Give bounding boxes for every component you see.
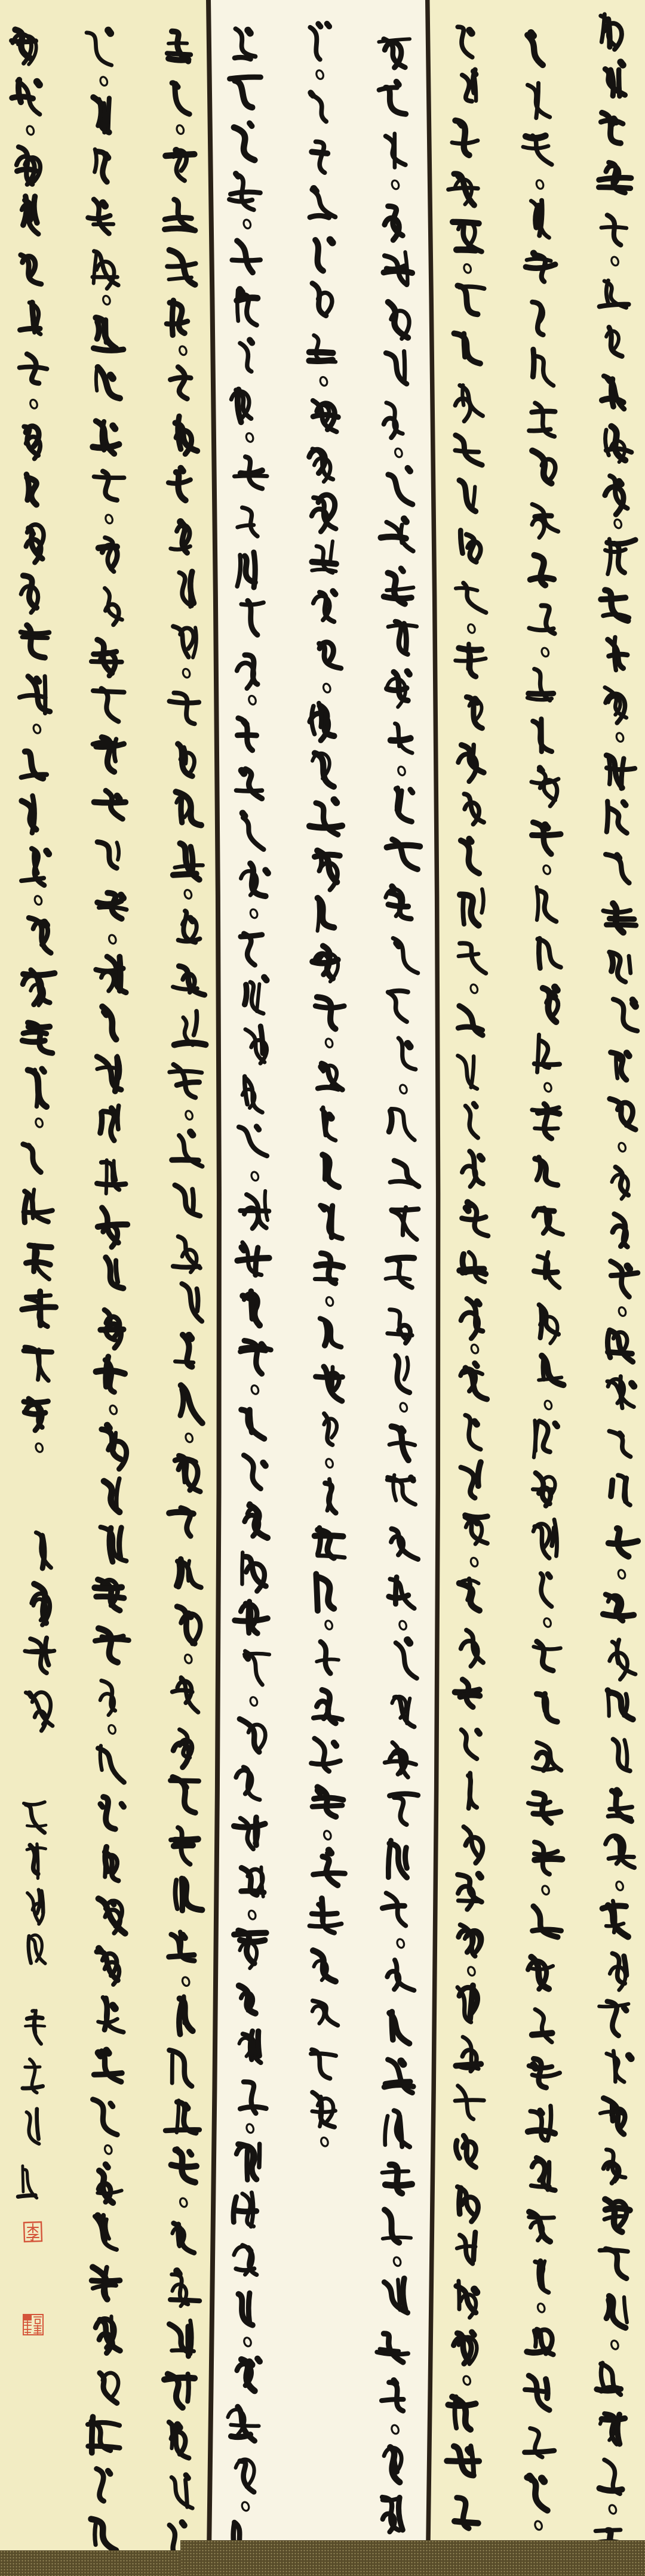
character-glyph <box>238 718 257 750</box>
character-glyph <box>182 1284 202 1321</box>
character-glyph <box>310 24 329 60</box>
punctuation-circle-mark <box>182 668 191 679</box>
character-glyph <box>387 1475 415 1504</box>
character-glyph <box>530 555 554 585</box>
character-glyph <box>535 1035 560 1072</box>
punctuation-circle-mark <box>391 2424 400 2435</box>
character-glyph <box>383 1893 406 1926</box>
character-glyph <box>22 1291 56 1327</box>
character-glyph <box>457 286 484 315</box>
character-glyph <box>463 1827 483 1863</box>
punctuation-circle-mark <box>26 125 35 136</box>
character-glyph <box>23 970 54 1006</box>
character-glyph <box>318 1063 342 1090</box>
character-glyph <box>173 2223 194 2253</box>
character-glyph <box>230 77 261 107</box>
character-glyph <box>309 336 336 362</box>
character-glyph <box>535 1158 558 1186</box>
character-glyph <box>24 426 40 459</box>
character-glyph <box>242 1553 266 1592</box>
character-glyph <box>240 1341 271 1374</box>
punctuation-circle-mark <box>32 724 41 734</box>
punctuation-circle-mark <box>319 376 328 387</box>
character-glyph <box>528 1957 553 1989</box>
character-glyph <box>171 1827 198 1864</box>
character-glyph <box>382 2380 404 2411</box>
character-glyph <box>245 1026 267 1063</box>
punctuation-circle-mark <box>610 256 619 267</box>
character-glyph <box>312 753 334 787</box>
character-glyph <box>389 2012 409 2043</box>
character-glyph <box>173 1678 198 1712</box>
character-glyph <box>384 403 403 438</box>
character-glyph <box>228 2407 259 2441</box>
character-glyph <box>447 2446 479 2475</box>
character-glyph <box>24 1190 53 1223</box>
character-glyph <box>379 39 410 67</box>
character-glyph <box>527 33 543 65</box>
punctuation-circle-mark <box>241 2501 250 2512</box>
character-glyph <box>92 2267 120 2300</box>
calligraphy-strokes <box>433 15 493 2536</box>
character-glyph <box>94 318 124 350</box>
character-glyph <box>26 1692 53 1731</box>
punctuation-circle-mark <box>324 1038 333 1048</box>
character-glyph <box>100 1681 115 1715</box>
character-glyph <box>21 796 36 833</box>
character-glyph <box>384 2060 413 2093</box>
character-glyph <box>93 737 124 772</box>
middle-panel-column-1: 巖穴暝。晦明變化者。山間之朝暮也。野芳發而幽香。佳木秀而繁陰。風霜高潔。水落而石… <box>362 26 422 2538</box>
character-glyph <box>104 1479 119 1512</box>
character-glyph <box>179 1996 193 2034</box>
character-glyph <box>452 121 478 155</box>
character-glyph <box>242 813 263 850</box>
punctuation-circle-mark <box>324 1620 333 1630</box>
punctuation-circle-mark <box>250 1171 259 1181</box>
character-glyph <box>236 2460 254 2492</box>
character-glyph <box>315 1253 342 1283</box>
character-glyph <box>386 134 406 168</box>
character-glyph <box>170 693 199 724</box>
character-glyph <box>241 934 262 965</box>
character-glyph <box>94 149 107 182</box>
punctuation-circle-mark <box>33 895 42 906</box>
character-glyph <box>36 1532 51 1568</box>
calligraphy-strokes <box>0 19 57 1457</box>
colophon-date: 辛丑夏月 <box>0 1794 57 1973</box>
character-glyph <box>173 626 196 657</box>
character-glyph <box>529 1793 561 1823</box>
character-glyph <box>237 552 255 587</box>
character-glyph <box>453 221 481 251</box>
character-glyph <box>461 1462 481 1498</box>
character-glyph <box>387 672 410 707</box>
character-glyph <box>173 1236 200 1272</box>
character-glyph <box>95 2215 117 2249</box>
character-glyph <box>169 1932 195 1961</box>
character-glyph <box>236 769 262 798</box>
character-glyph <box>170 367 191 399</box>
punctuation-circle-mark <box>469 1557 478 1568</box>
character-glyph <box>543 987 558 1022</box>
character-glyph <box>11 30 36 64</box>
punctuation-circle-mark <box>399 1084 408 1094</box>
character-glyph <box>26 475 36 505</box>
character-glyph <box>232 241 260 272</box>
character-glyph <box>389 1794 417 1825</box>
character-glyph <box>315 1528 345 1558</box>
punctuation-circle-mark <box>323 1830 332 1841</box>
character-glyph <box>241 601 263 635</box>
character-glyph <box>535 2261 548 2292</box>
character-glyph <box>456 583 486 613</box>
character-glyph <box>174 1011 205 1045</box>
character-glyph <box>21 752 47 778</box>
character-glyph <box>457 2232 475 2264</box>
character-glyph <box>178 744 195 776</box>
punctuation-circle-mark <box>462 2375 471 2386</box>
punctuation-circle-mark <box>610 2340 619 2350</box>
punctuation-circle-mark <box>242 218 251 229</box>
punctuation-circle-mark <box>179 2197 188 2208</box>
character-glyph <box>382 2497 403 2532</box>
character-glyph <box>456 2037 481 2072</box>
left-panel-column-2: 也。樹林陰翳。鳴聲上下。遊人去而禽鳥樂也。然而禽鳥知山林之樂。而不知人之樂。人知… <box>72 22 131 2561</box>
character-glyph <box>601 14 622 50</box>
character-glyph <box>532 302 543 335</box>
character-glyph <box>93 251 118 289</box>
character-glyph <box>24 1802 46 1833</box>
character-glyph <box>603 1901 628 1937</box>
character-glyph <box>241 1409 264 1439</box>
character-glyph <box>238 1242 269 1275</box>
character-glyph <box>21 575 38 613</box>
punctuation-circle-mark <box>325 1458 334 1469</box>
punctuation-circle-mark <box>183 889 192 900</box>
character-glyph <box>313 1950 335 1981</box>
character-glyph <box>535 1842 562 1875</box>
character-glyph <box>539 1305 558 1344</box>
character-glyph <box>99 538 117 572</box>
character-glyph <box>611 1261 638 1297</box>
punctuation-circle-mark <box>184 1654 193 1664</box>
punctuation-circle-mark <box>325 1296 334 1307</box>
character-glyph <box>32 1584 50 1625</box>
right-panel-column-3: 而年又最高。故自號曰醉翁也。醉翁之意不在酒。在乎山水之間也。山水之樂。得之心而寓… <box>433 15 493 2536</box>
punctuation-circle-mark <box>104 2144 113 2155</box>
character-glyph <box>245 977 267 1014</box>
character-glyph <box>462 1202 489 1236</box>
character-glyph <box>94 790 125 819</box>
character-glyph <box>384 252 413 285</box>
character-glyph <box>237 2359 260 2391</box>
character-glyph <box>244 1455 265 1489</box>
character-glyph <box>462 70 476 101</box>
character-glyph <box>170 2320 194 2356</box>
punctuation-circle-mark <box>35 1118 44 1128</box>
character-glyph <box>315 997 344 1029</box>
character-glyph <box>392 1697 414 1727</box>
character-glyph <box>461 1630 483 1667</box>
character-glyph <box>613 999 637 1031</box>
character-glyph <box>243 1291 260 1325</box>
character-glyph <box>26 1245 51 1279</box>
character-glyph <box>29 918 51 953</box>
character-glyph <box>313 401 338 432</box>
character-glyph <box>312 541 336 573</box>
character-glyph <box>455 1679 480 1707</box>
character-glyph <box>12 80 40 115</box>
calligraphy-strokes <box>148 19 207 2567</box>
character-glyph <box>388 621 417 654</box>
character-glyph <box>93 421 119 454</box>
character-glyph <box>454 334 480 364</box>
character-glyph <box>239 1127 267 1156</box>
left-panel-column-1: 者勝。觥籌交錯。起坐而喧嘩者。眾賓歡也。蒼顏白髮。頹然乎其間者。太守醉也。已而夕… <box>148 19 207 2567</box>
punctuation-circle-mark <box>543 1082 552 1092</box>
character-glyph <box>234 2245 257 2275</box>
character-glyph <box>175 1879 202 1911</box>
character-glyph <box>462 1152 483 1187</box>
character-glyph <box>611 1475 630 1505</box>
character-glyph <box>608 1790 632 1821</box>
character-glyph <box>383 2210 411 2243</box>
character-glyph <box>27 1844 46 1879</box>
character-glyph <box>87 30 112 65</box>
character-glyph <box>317 1642 339 1673</box>
punctuation-circle-mark <box>397 765 406 776</box>
character-glyph <box>237 655 257 688</box>
character-glyph <box>100 2373 118 2403</box>
punctuation-circle-mark <box>249 1696 258 1707</box>
character-glyph <box>97 842 119 868</box>
seal-text: 李 <box>23 2221 43 2243</box>
character-glyph <box>600 2460 622 2494</box>
character-glyph <box>537 1694 557 1722</box>
character-glyph <box>533 349 553 386</box>
character-glyph <box>312 495 336 532</box>
calligraphy-strokes <box>72 22 131 2561</box>
character-glyph <box>26 525 44 563</box>
punctuation-circle-mark <box>617 1569 626 1580</box>
character-glyph <box>171 2149 196 2182</box>
character-glyph <box>172 1132 202 1167</box>
punctuation-circle-mark <box>467 1966 476 1977</box>
character-glyph <box>97 1949 119 1985</box>
punctuation-circle-mark <box>470 1344 479 1355</box>
character-glyph <box>388 1310 412 1343</box>
character-glyph <box>386 1258 414 1288</box>
character-glyph <box>533 1473 555 1506</box>
character-glyph <box>603 1595 634 1621</box>
character-glyph <box>455 385 483 421</box>
character-glyph <box>177 1606 201 1644</box>
calligraphy-strokes <box>0 1997 57 2209</box>
character-glyph <box>23 2059 43 2092</box>
character-glyph <box>462 1729 480 1759</box>
character-glyph <box>529 403 555 436</box>
character-glyph <box>465 1104 478 1138</box>
punctuation-circle-mark <box>608 2504 617 2515</box>
character-glyph <box>95 1580 124 1611</box>
character-glyph <box>96 367 120 398</box>
character-glyph <box>241 1867 264 1897</box>
character-glyph <box>612 1167 629 1199</box>
character-glyph <box>100 1310 123 1348</box>
punctuation-circle-mark <box>615 1881 624 1891</box>
character-glyph <box>528 83 550 118</box>
character-glyph <box>165 149 194 180</box>
character-glyph <box>388 991 408 1022</box>
character-glyph <box>245 1504 268 1538</box>
character-glyph <box>385 206 403 240</box>
character-glyph <box>532 768 558 806</box>
character-glyph <box>606 327 622 356</box>
punctuation-circle-mark <box>105 514 113 525</box>
character-glyph <box>384 2279 407 2313</box>
character-glyph <box>535 1252 560 1288</box>
bottom-mount-band-left <box>0 2550 180 2576</box>
character-glyph <box>461 1298 483 1338</box>
character-glyph <box>531 201 549 238</box>
character-glyph <box>237 290 257 325</box>
character-glyph <box>534 1420 557 1457</box>
character-glyph <box>396 1640 417 1678</box>
character-glyph <box>171 522 191 553</box>
character-glyph <box>96 2316 120 2353</box>
character-glyph <box>449 2397 476 2430</box>
character-glyph <box>454 2498 478 2528</box>
character-glyph <box>28 1935 45 1963</box>
character-glyph <box>20 303 41 334</box>
character-glyph <box>601 215 626 245</box>
punctuation-circle-mark <box>396 1938 405 1949</box>
character-glyph <box>458 1055 477 1089</box>
left-panel-column-3: 樂也。醉能同其樂。醒能述以文者。太守也。太守謂誰。廬陵歐陽修也。 <box>0 19 57 1457</box>
character-glyph <box>391 724 412 753</box>
character-glyph <box>605 476 628 515</box>
character-glyph <box>465 1415 481 1449</box>
character-glyph <box>164 2374 195 2408</box>
character-glyph <box>459 481 475 512</box>
punctuation-circle-mark <box>179 345 188 356</box>
punctuation-circle-mark <box>245 432 254 443</box>
character-glyph <box>167 300 188 335</box>
character-glyph <box>600 2098 625 2134</box>
punctuation-circle-mark <box>534 2520 543 2531</box>
character-glyph <box>97 2165 121 2203</box>
character-glyph <box>315 851 340 890</box>
character-glyph <box>613 1214 628 1247</box>
character-glyph <box>384 568 413 604</box>
character-glyph <box>235 1602 268 1633</box>
character-glyph <box>98 1998 123 2032</box>
character-glyph <box>537 938 561 968</box>
character-glyph <box>312 141 327 173</box>
character-glyph <box>381 519 413 551</box>
character-glyph <box>605 62 625 96</box>
character-glyph <box>311 93 326 121</box>
character-glyph <box>312 1787 343 1817</box>
character-glyph <box>599 162 631 193</box>
character-glyph <box>533 1519 557 1558</box>
character-glyph <box>179 911 200 943</box>
character-glyph <box>607 1330 632 1362</box>
character-glyph <box>309 449 333 482</box>
character-glyph <box>322 1155 339 1187</box>
character-glyph <box>459 1925 482 1956</box>
character-glyph <box>234 457 267 488</box>
character-glyph <box>97 1056 121 1091</box>
character-glyph <box>397 788 413 822</box>
character-glyph <box>17 147 41 184</box>
punctuation-circle-mark <box>618 1306 626 1317</box>
character-glyph <box>527 2329 553 2355</box>
character-glyph <box>597 2363 621 2395</box>
character-glyph <box>170 1064 202 1097</box>
punctuation-circle-mark <box>29 399 38 410</box>
character-glyph <box>21 196 38 234</box>
character-glyph <box>229 174 260 210</box>
character-glyph <box>312 284 332 316</box>
character-glyph <box>96 1356 125 1392</box>
character-glyph <box>97 2469 110 2501</box>
character-glyph <box>534 1642 561 1671</box>
punctuation-circle-mark <box>248 695 257 706</box>
character-glyph <box>527 669 554 701</box>
character-glyph <box>310 189 335 218</box>
character-glyph <box>388 468 413 504</box>
character-glyph <box>529 605 554 633</box>
punctuation-circle-mark <box>618 1142 626 1153</box>
punctuation-circle-mark <box>463 263 472 274</box>
character-glyph <box>173 966 205 995</box>
character-glyph <box>93 688 124 721</box>
character-glyph <box>238 507 258 536</box>
character-glyph <box>94 471 124 500</box>
punctuation-circle-mark <box>322 683 331 694</box>
character-glyph <box>312 2001 338 2025</box>
character-glyph <box>103 1007 116 1039</box>
character-glyph <box>100 1106 119 1140</box>
character-glyph <box>88 199 113 234</box>
calligraphy-strokes <box>0 1794 57 1973</box>
character-glyph <box>234 2193 256 2227</box>
punctuation-circle-mark <box>542 864 551 875</box>
character-glyph <box>537 887 557 922</box>
character-glyph <box>315 240 333 271</box>
character-glyph <box>391 1529 418 1559</box>
character-glyph <box>21 255 41 284</box>
character-glyph <box>27 2109 39 2144</box>
character-glyph <box>468 1773 477 1808</box>
character-glyph <box>605 426 631 462</box>
character-glyph <box>24 1399 48 1431</box>
character-glyph <box>387 839 420 869</box>
character-glyph <box>531 2158 555 2190</box>
punctuation-circle-mark <box>99 76 108 87</box>
character-glyph <box>20 676 50 713</box>
character-glyph <box>460 530 480 562</box>
character-glyph <box>389 1426 415 1460</box>
character-glyph <box>599 2002 628 2036</box>
character-glyph <box>176 416 198 454</box>
character-glyph <box>25 1638 54 1673</box>
punctuation-circle-mark <box>176 124 185 135</box>
calligraphy-strokes <box>213 19 273 2564</box>
character-glyph <box>396 1356 410 1393</box>
